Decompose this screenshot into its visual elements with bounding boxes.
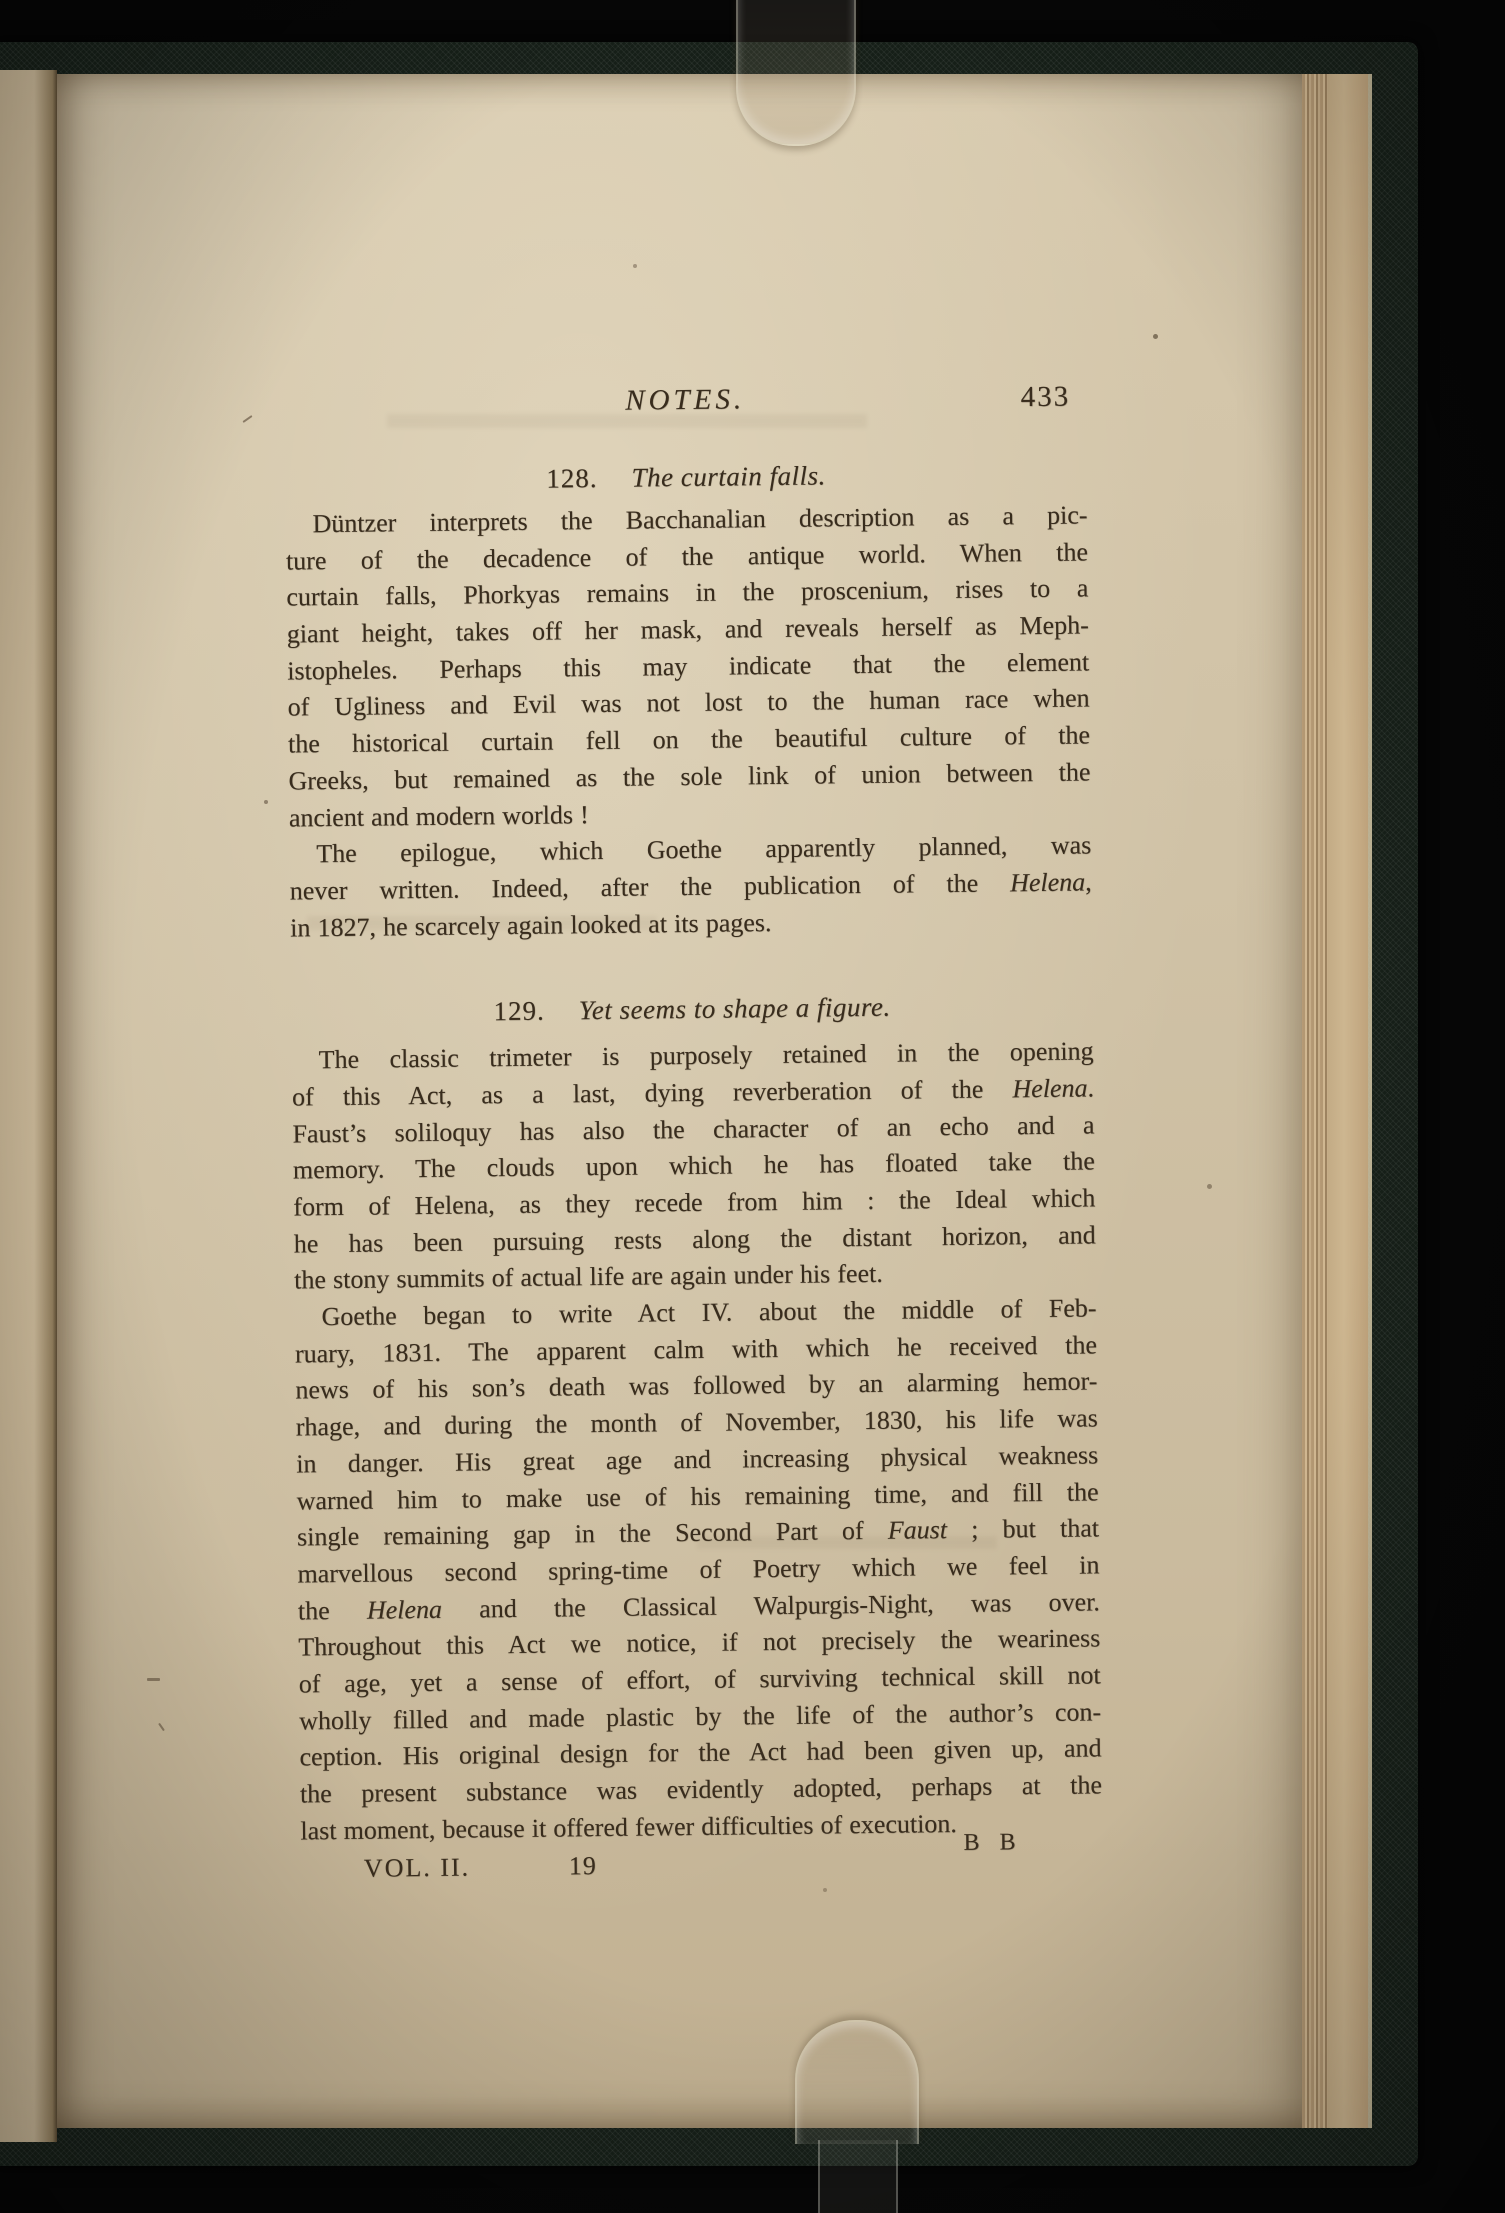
note-title: The curtain falls. [631, 460, 826, 493]
page-speck [633, 264, 637, 268]
facing-page-gutter [0, 70, 57, 2142]
paragraph: The classic trimeter is purposely retain… [291, 1034, 1096, 1300]
page-fore-edge [1328, 74, 1368, 2128]
paragraph: Düntzer interprets the Bacchanalian desc… [285, 497, 1091, 836]
stray-mark [158, 1723, 165, 1732]
press-mark: B B [963, 1830, 1022, 1858]
section-heading-129: 129. Yet seems to shape a figure. [291, 990, 1093, 1039]
page-header: NOTES. 433 [284, 379, 1086, 428]
book-page: NOTES. 433 128. The curtain falls. Düntz… [57, 74, 1302, 2128]
paragraph: The epilogue, which Goethe apparently pl… [289, 828, 1092, 947]
page-text: NOTES. 433 128. The curtain falls. Düntz… [284, 379, 1103, 1897]
note-title: Yet seems to shape a figure. [579, 992, 891, 1027]
page-speck [1153, 334, 1158, 339]
page-holder-clip-top [736, 0, 856, 146]
page-holder-clip-stem [818, 2140, 898, 2213]
volume-label: VOL. II. [364, 1853, 471, 1884]
page-number: 433 [1020, 381, 1070, 415]
signature-number: 19 [569, 1851, 597, 1881]
page-edges-stack [1302, 74, 1328, 2128]
page-speck [1207, 1184, 1212, 1189]
stray-mark [242, 415, 252, 423]
note-number: 128. [546, 463, 598, 495]
book-photo: NOTES. 433 128. The curtain falls. Düntz… [0, 0, 1505, 2213]
note-number: 129. [493, 996, 545, 1028]
page-edge-highlight [1368, 74, 1372, 2128]
page-speck [264, 800, 268, 804]
page-holder-clip-bottom [795, 2020, 919, 2144]
paragraph: Goethe began to write Act IV. about the … [294, 1290, 1102, 1849]
running-title: NOTES. [284, 379, 1086, 421]
page-footer: VOL. II. 19 B B [301, 1843, 1103, 1898]
page-speck [823, 1888, 827, 1892]
stray-mark [147, 1678, 160, 1681]
